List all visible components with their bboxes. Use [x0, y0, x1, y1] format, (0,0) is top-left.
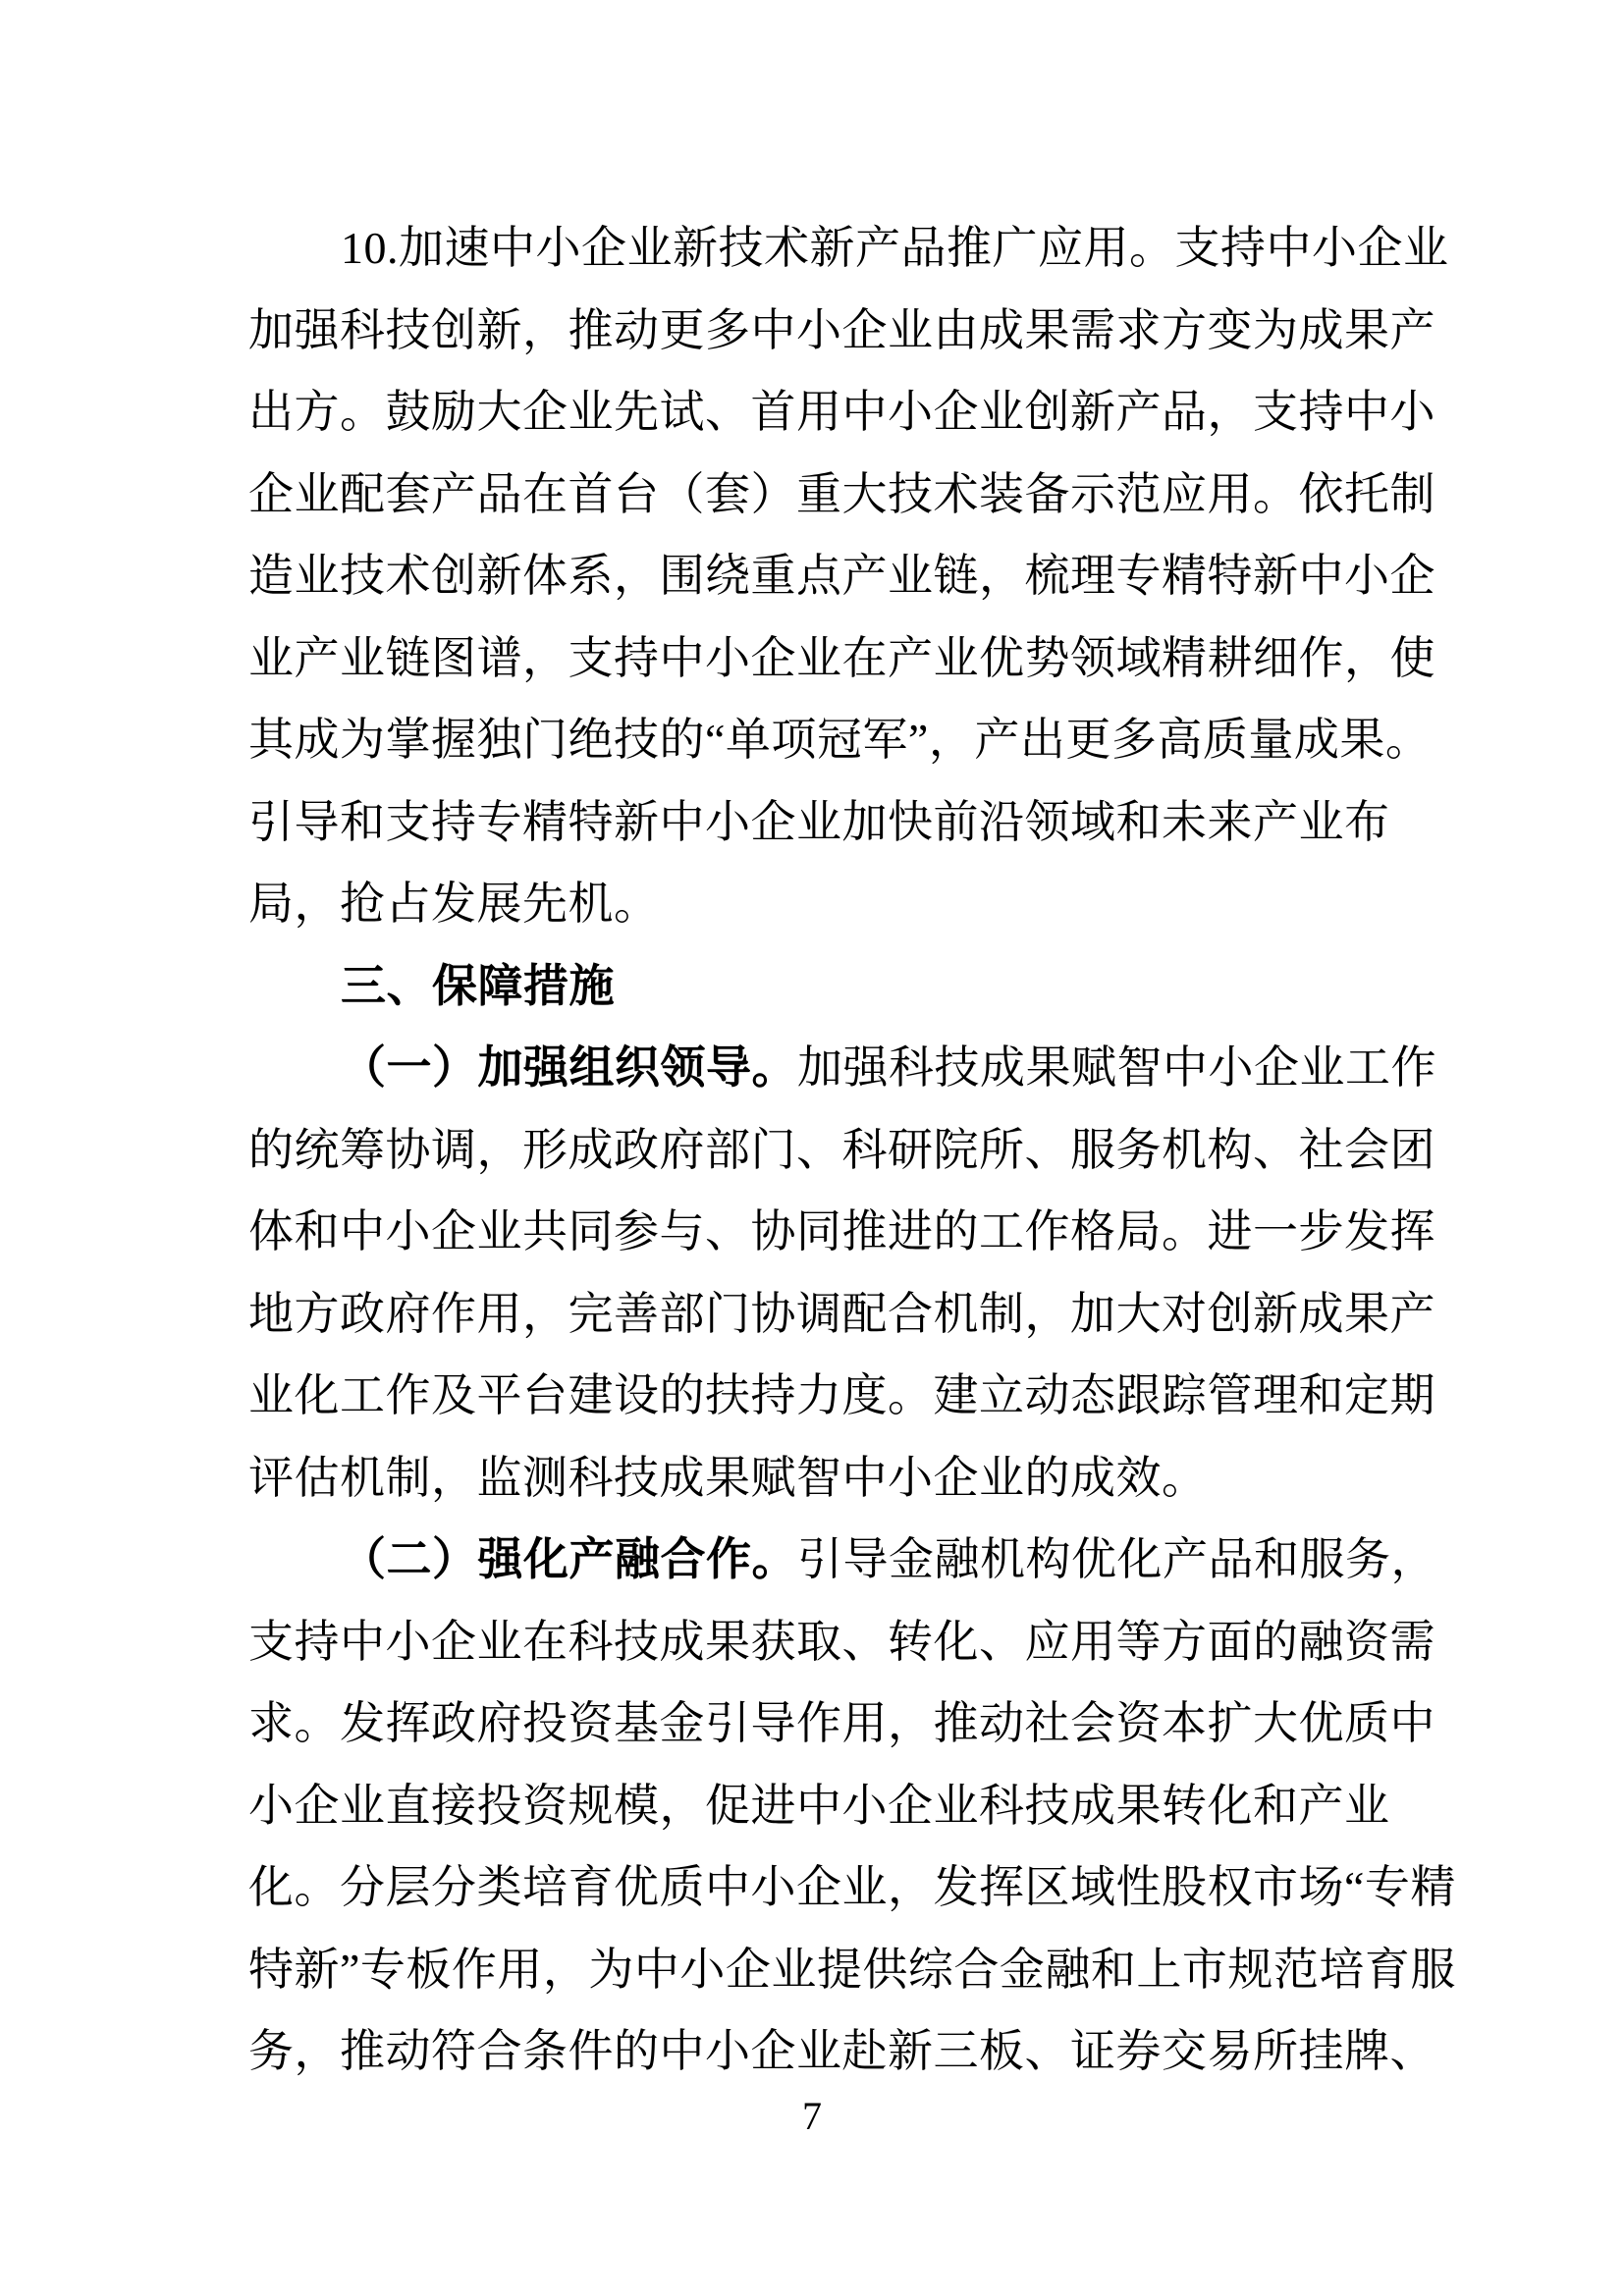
text-line: 的统筹协调，形成政府部门、科研院所、服务机构、社会团	[248, 1109, 1378, 1192]
text-line: 业产业链图谱，支持中小企业在产业优势领域精耕细作，使	[248, 617, 1378, 700]
page-number: 7	[0, 2093, 1624, 2140]
document-body: 10.加速中小企业新技术新产品推广应用。支持中小企业 加强科技创新，推动更多中小…	[248, 207, 1378, 2093]
paragraph-lead: （一）加强组织领导。	[341, 1042, 797, 1093]
document-page: 10.加速中小企业新技术新产品推广应用。支持中小企业 加强科技创新，推动更多中小…	[0, 0, 1624, 2296]
text-line: 特新”专板作用，为中小企业提供综合金融和上市规范培育服	[248, 1929, 1378, 2011]
text-line: 业化工作及平台建设的扶持力度。建立动态跟踪管理和定期	[248, 1355, 1378, 1437]
paragraph-text: 加强科技成果赋智中小企业工作	[797, 1042, 1436, 1093]
text-line: 务，推动符合条件的中小企业赴新三板、证券交易所挂牌、	[248, 2010, 1378, 2093]
text-line: 支持中小企业在科技成果获取、转化、应用等方面的融资需	[248, 1601, 1378, 1683]
text-line: 评估机制，监测科技成果赋智中小企业的成效。	[248, 1437, 1378, 1520]
text-line: 其成为掌握独门绝技的“单项冠军”，产出更多高质量成果。	[248, 699, 1378, 781]
text-line: 化。分层分类培育优质中小企业，发挥区域性股权市场“专精	[248, 1846, 1378, 1929]
text-line: （一）加强组织领导。加强科技成果赋智中小企业工作	[248, 1027, 1378, 1109]
text-line: 局，抢占发展先机。	[248, 863, 1378, 945]
paragraph-lead: （二）强化产融合作。	[341, 1534, 797, 1584]
text-line: 造业技术创新体系，围绕重点产业链，梳理专精特新中小企	[248, 535, 1378, 617]
text-line: 地方政府作用，完善部门协调配合机制，加大对创新成果产	[248, 1273, 1378, 1356]
text-line: 小企业直接投资规模，促进中小企业科技成果转化和产业	[248, 1765, 1378, 1847]
paragraph-text: 引导金融机构优化产品和服务，	[797, 1534, 1436, 1584]
text-line: （二）强化产融合作。引导金融机构优化产品和服务，	[248, 1519, 1378, 1601]
text-line: 企业配套产品在首台（套）重大技术装备示范应用。依托制	[248, 454, 1378, 536]
text-line: 加强科技创新，推动更多中小企业由成果需求方变为成果产	[248, 290, 1378, 372]
text-line: 体和中小企业共同参与、协同推进的工作格局。进一步发挥	[248, 1191, 1378, 1273]
text-line: 求。发挥政府投资基金引导作用，推动社会资本扩大优质中	[248, 1682, 1378, 1765]
text-line: 10.加速中小企业新技术新产品推广应用。支持中小企业	[248, 207, 1378, 290]
text-line: 引导和支持专精特新中小企业加快前沿领域和未来产业布	[248, 781, 1378, 864]
text-line: 出方。鼓励大企业先试、首用中小企业创新产品，支持中小	[248, 371, 1378, 454]
section-heading: 三、保障措施	[248, 945, 1378, 1028]
